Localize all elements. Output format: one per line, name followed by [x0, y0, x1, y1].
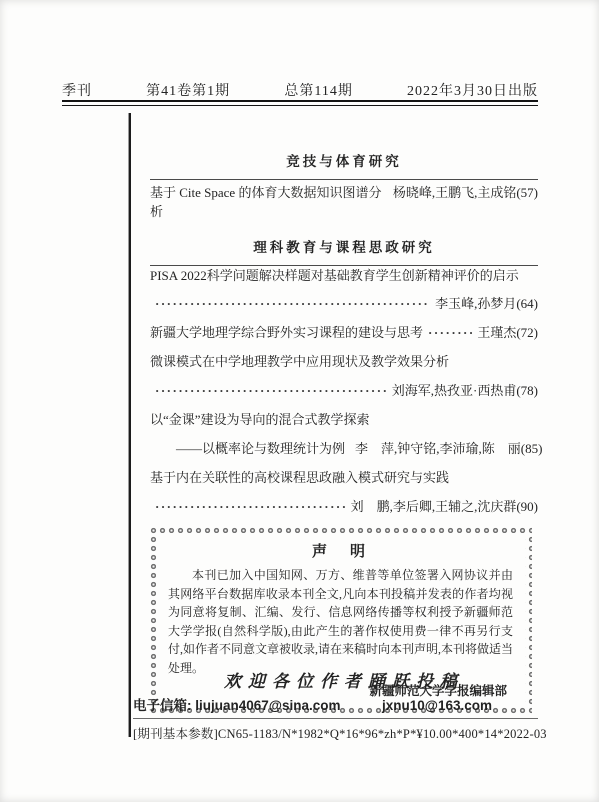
journal-toc-page: 季刊 第41卷第1期 总第114期 2022年3月30日出版 竞技与体育研究 基… [0, 0, 599, 802]
article-title: 基于 Cite Space 的体育大数据知识图谱分析 [150, 182, 383, 220]
dot-leader [428, 325, 472, 341]
footer-rule [133, 718, 538, 719]
total-issue: 总第114期 [284, 80, 352, 100]
article-title: PISA 2022科学问题解决样题对基础教育学生创新精神评价的启示 [150, 265, 538, 284]
article-page: (85) [521, 441, 543, 457]
email-address-2: jxnu10@163.com [382, 698, 492, 713]
masthead: 季刊 第41卷第1期 总第114期 2022年3月30日出版 [62, 80, 538, 100]
section-heading-science-education: 理科教育与课程思政研究 [150, 236, 538, 266]
article-subtitle: ——以概率论与数理统计为例 [150, 438, 345, 457]
article-authors: 杨晓峰,王鹏飞,主成铭 [393, 182, 517, 201]
toc-entry: 李玉峰,孙梦月 (64) [150, 293, 538, 312]
email-address-1: liujuan4067@sina.com [195, 698, 340, 713]
article-authors: 李玉峰,孙梦月 [435, 293, 516, 312]
volume-issue: 第41卷第1期 [146, 80, 230, 100]
article-authors: 王瑾杰 [477, 322, 516, 341]
left-vertical-rule [128, 113, 131, 737]
email-label: 电子信箱: [133, 698, 192, 713]
issue-type: 季刊 [62, 80, 92, 100]
article-title: 微课模式在中学地理教学中应用现状及教学效果分析 [150, 351, 538, 370]
email-line: 电子信箱: liujuan4067@sina.com jxnu10@163.co… [133, 694, 492, 714]
dot-leader [155, 499, 346, 515]
statement-body: 本刊已加入中国知网、万方、维普等单位签署入网协议并由其网络平台数据库收录本刊全文… [168, 566, 513, 677]
publish-date: 2022年3月30日出版 [407, 80, 538, 100]
article-page: (72) [516, 325, 538, 341]
article-authors: 刘海军,热孜亚·西热甫 [392, 380, 517, 399]
toc-entry: 刘 鹏,李后卿,王辅之,沈庆群 (90) [150, 496, 538, 515]
journal-parameters: [期刊基本参数]CN65-1183/N*1982*Q*16*96*zh*P*¥1… [133, 724, 547, 742]
welcome-line: 欢迎各位作者踊跃投稿 [150, 667, 538, 692]
masthead-double-rule [62, 100, 538, 106]
article-page: (90) [516, 499, 538, 515]
article-title: 以“金课”建设为导向的混合式教学探索 [150, 409, 538, 428]
article-page: (57) [516, 185, 538, 201]
article-page: (78) [516, 383, 538, 399]
section-heading-sports: 竞技与体育研究 [150, 150, 538, 180]
dot-leader [155, 296, 430, 312]
article-title: 新疆大学地理学综合野外实习课程的建设与思考 [150, 322, 423, 341]
toc-entry: ——以概率论与数理统计为例 李 萍,钟守铭,李沛瑜,陈 丽 (85) [150, 438, 538, 457]
article-authors: 刘 鹏,李后卿,王辅之,沈庆群 [351, 496, 517, 515]
toc-entry: 基于 Cite Space 的体育大数据知识图谱分析 杨晓峰,王鹏飞,主成铭 (… [150, 182, 538, 220]
toc-entry: 刘海军,热孜亚·西热甫 (78) [150, 380, 538, 399]
article-title: 基于内在关联性的高校课程思政融入模式研究与实践 [150, 467, 538, 486]
statement-title: 声 明 [168, 540, 513, 561]
toc-entry: 新疆大学地理学综合野外实习课程的建设与思考 王瑾杰 (72) [150, 322, 538, 341]
article-authors: 李 萍,钟守铭,李沛瑜,陈 丽 [355, 438, 521, 457]
dot-leader [155, 383, 387, 399]
article-page: (64) [516, 296, 538, 312]
